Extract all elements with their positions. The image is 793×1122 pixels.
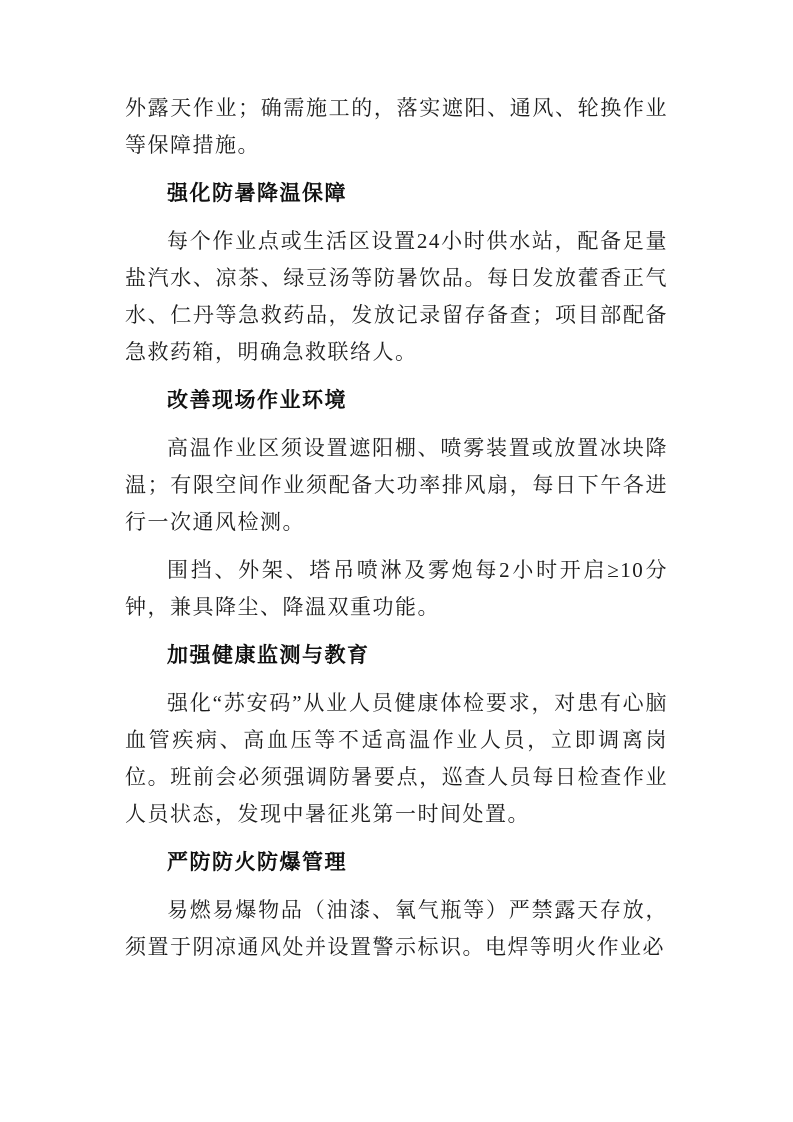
section-heading-heatstroke-prevention-support: 强化防暑降温保障 (125, 175, 668, 212)
paragraph-water-stations-medicine: 每个作业点或生活区设置24小时供水站，配备足量盐汽水、凉茶、绿豆汤等防暑饮品。每… (125, 223, 668, 371)
paragraph-sprinkler-fog-cannon: 围挡、外架、塔吊喷淋及雾炮每2小时开启≥10分钟，兼具降尘、降温双重功能。 (125, 552, 668, 626)
section-heading-health-monitoring-education: 加强健康监测与教育 (125, 637, 668, 674)
section-heading-improve-site-environment: 改善现场作业环境 (125, 382, 668, 419)
paragraph-health-checks-patrol: 强化“苏安码”从业人员健康体检要求，对患有心脑血管疾病、高血压等不适高温作业人员… (125, 685, 668, 833)
paragraph-continued-outdoor-work: 外露天作业；确需施工的，落实遮阳、通风、轮换作业等保障措施。 (125, 90, 668, 164)
document-page: 外露天作业；确需施工的，落实遮阳、通风、轮换作业等保障措施。 强化防暑降温保障 … (0, 0, 793, 1122)
paragraph-flammable-storage: 易燃易爆物品（油漆、氧气瓶等）严禁露天存放，须置于阴凉通风处并设置警示标识。电焊… (125, 892, 668, 966)
document-body: 外露天作业；确需施工的，落实遮阳、通风、轮换作业等保障措施。 强化防暑降温保障 … (0, 0, 793, 966)
paragraph-shade-spray-ventilation: 高温作业区须设置遮阳棚、喷雾装置或放置冰块降温；有限空间作业须配备大功率排风扇，… (125, 430, 668, 541)
section-heading-fire-explosion-prevention: 严防防火防爆管理 (125, 844, 668, 881)
